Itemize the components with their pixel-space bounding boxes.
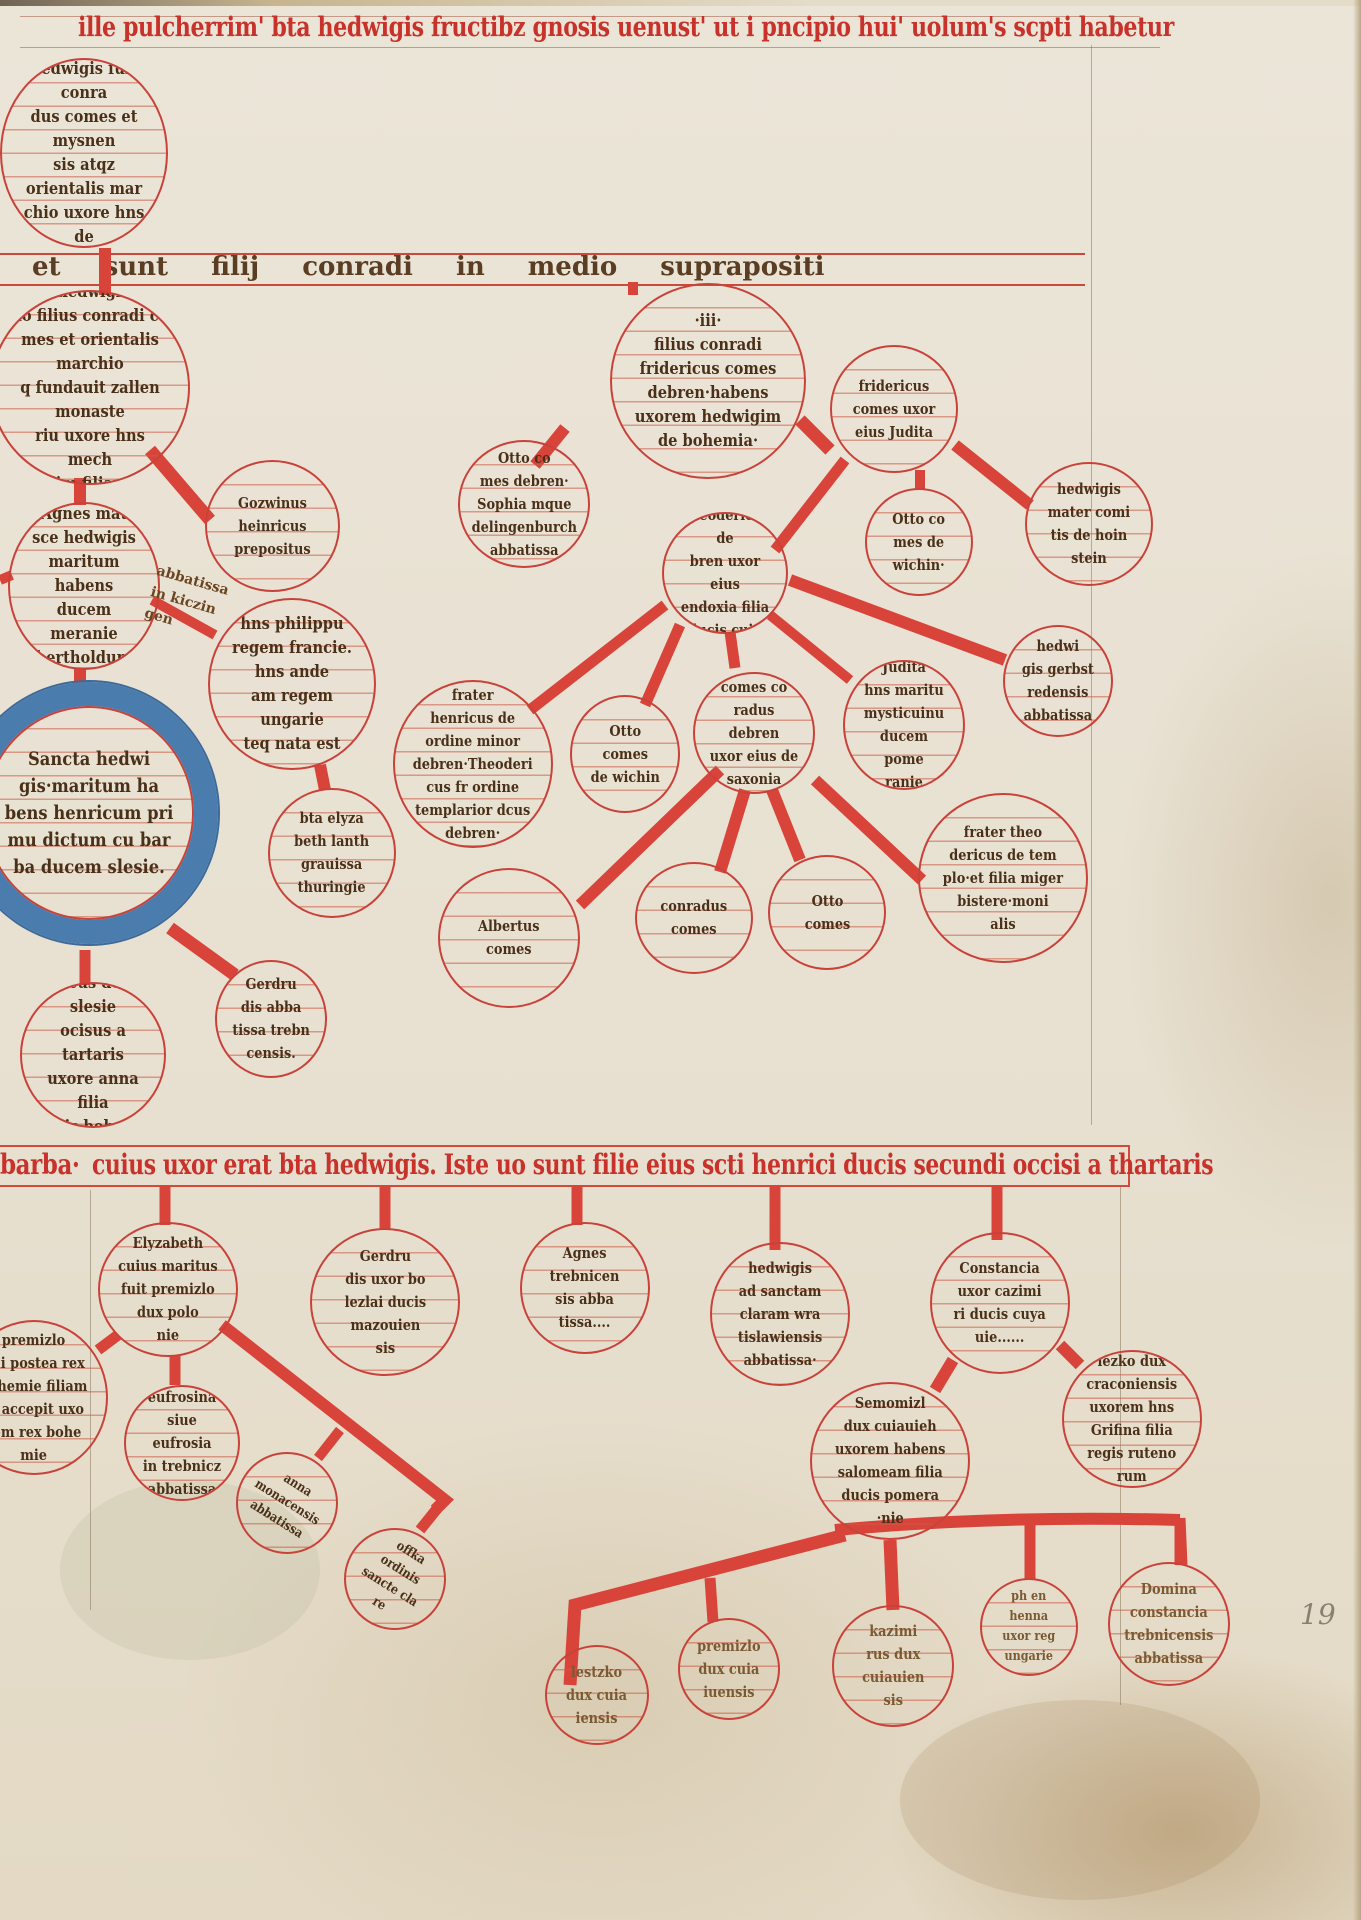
folio-number: 19	[1300, 1598, 1336, 1631]
node-conradus-debren[interactable]: comes co radus debren uxor eius de saxon…	[693, 672, 815, 794]
node-hedwigis-gerbstedensis[interactable]: hedwi gis gerbst redensis abbatissa	[1003, 625, 1113, 737]
node-hedwigis-hoinstein[interactable]: hedwigis mater comi tis de hoin stein	[1025, 462, 1153, 586]
node-secundus-henricus[interactable]: Secund' hen ricus dux slesie ocisus a ta…	[20, 982, 166, 1128]
node-offka[interactable]: offka ordinis sancte cla re	[344, 1528, 446, 1630]
node-fridericus-iii[interactable]: ·iii· filius conradi fridericus comes de…	[610, 283, 806, 479]
node-elyzabeth-thuringie[interactable]: bta elyza beth lanth grauissa thuringie	[268, 788, 396, 918]
node-premizlo-cuiaviensis[interactable]: premizlo dux cuia iuensis	[678, 1618, 780, 1720]
node-gerdrudis-trebnicensis[interactable]: Gerdru dis abba tissa trebn censis.	[215, 960, 327, 1078]
node-pater-hedwigis[interactable]: Pater sancte hedwigis fuit conra dus com…	[0, 58, 168, 248]
node-domina-constancia[interactable]: Domina constancia trebnicensis abbatissa	[1108, 1562, 1230, 1686]
node-kazimirus[interactable]: kazimi rus dux cuiauien sis	[832, 1605, 954, 1727]
node-ph-henna[interactable]: ph en henna uxor reg ungarie	[980, 1578, 1078, 1676]
node-frater-henricus[interactable]: frater henricus de ordine minor debren·T…	[393, 680, 553, 848]
node-constancia[interactable]: Constancia uxor cazimi ri ducis cuya uie…	[930, 1232, 1070, 1374]
node-lesko-craconiensis[interactable]: lezko dux craconiensis uxorem hns Grifin…	[1062, 1350, 1202, 1488]
node-fridericus-judita[interactable]: fridericus comes uxor eius Judita	[830, 345, 958, 473]
node-agnes-trebnicensis[interactable]: Agnes trebnicen sis abba tissa....	[520, 1222, 650, 1354]
node-gerdrudis-mazoviensis[interactable]: Gerdru dis uxor bo lezlai ducis mazouien…	[310, 1228, 460, 1376]
node-agnes-mater[interactable]: Agnes mat sce hedwigis maritum habens du…	[8, 502, 160, 670]
node-conradus-comes[interactable]: conradus comes	[635, 862, 753, 974]
node-theodericus[interactable]: comes Theodericus de bren uxor eius endo…	[662, 512, 788, 634]
node-frater-theodericus[interactable]: frater theo dericus de tem plo·et filia …	[918, 793, 1088, 963]
node-otto-wichin[interactable]: Otto comes de wichin	[570, 695, 680, 813]
node-elyzabeth-premizlo[interactable]: Elyzabeth cuius maritus fuit premizlo du…	[98, 1222, 238, 1357]
node-hedwigis-wratislaviensis[interactable]: hedwigis ad sanctam claram wra tislawien…	[710, 1242, 850, 1386]
node-avus-hedwigis[interactable]: auus sce hedwigis de do filius conradi c…	[0, 290, 190, 485]
node-judita[interactable]: Judita hns maritu mysticuinu ducem pome …	[843, 660, 965, 790]
node-semomizl[interactable]: Semomizl dux cuiauieh uxorem habens salo…	[810, 1382, 970, 1540]
node-eufrosina[interactable]: eufrosina siue eufrosia in trebnicz abba…	[124, 1385, 240, 1501]
node-anna-abbatissa[interactable]: anna monacensis abbatissa	[236, 1452, 338, 1554]
node-otto-wichin-top[interactable]: Otto co mes de wichin·	[865, 488, 973, 596]
node-gozwinus[interactable]: Gozwinus heinricus prepositus	[205, 460, 340, 592]
node-lesko-cuiaviensis[interactable]: lestzko dux cuia iensis	[545, 1645, 649, 1745]
node-otto-debren[interactable]: Otto co mes debren· Sophia mque delingen…	[458, 440, 590, 568]
node-otto-comes[interactable]: Otto comes	[768, 855, 886, 970]
node-premizlo-bohemia[interactable]: premizlo qui postea rex bohemie filiam r…	[0, 1320, 108, 1475]
node-philippus-andreas[interactable]: hns philippu regem francie. hns ande am …	[208, 598, 376, 770]
node-albertus-comes[interactable]: Albertus comes	[438, 868, 580, 1008]
